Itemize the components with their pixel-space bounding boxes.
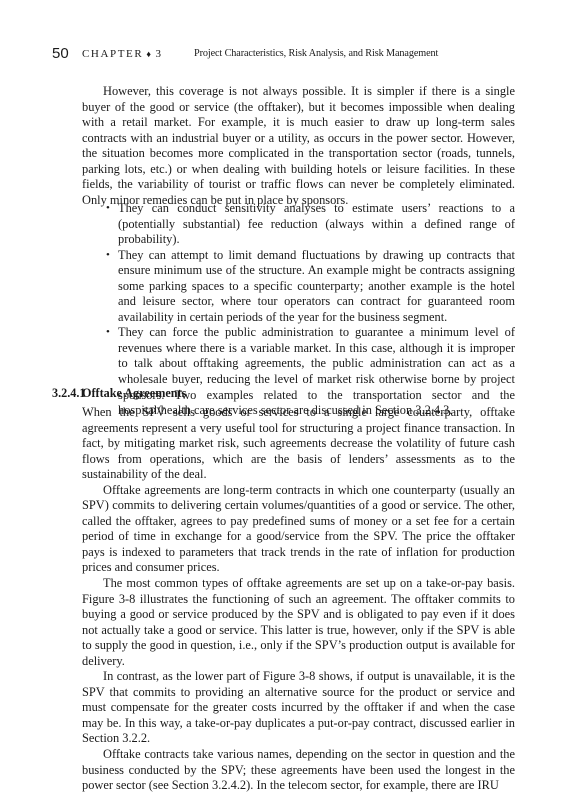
list-item-text: They can conduct sensitivity analyses to… [118,201,515,246]
list-item: •They can conduct sensitivity analyses t… [104,201,515,248]
chapter-word: CHAPTER [82,48,143,60]
paragraph: In contrast, as the lower part of Figure… [82,669,515,747]
bullet-icon: • [106,248,110,264]
intro-paragraph: However, this coverage is not always pos… [82,84,515,208]
paragraph: When the SPV sells goods or services to … [82,405,515,483]
running-head: 50 CHAPTER♦3 Project Characteristics, Ri… [52,47,525,63]
section-number: 3.2.4.1 [52,386,86,401]
diamond-separator-icon: ♦ [146,49,152,59]
page-number: 50 [52,45,69,62]
paragraph: Offtake agreements are long-term contrac… [82,483,515,576]
section-body: When the SPV sells goods or services to … [82,405,515,794]
chapter-title: Project Characteristics, Risk Analysis, … [194,48,438,59]
chapter-label: CHAPTER♦3 [82,48,163,60]
intro-block: However, this coverage is not always pos… [82,84,515,208]
list-item-text: They can force the public administration… [118,325,515,417]
section-title: Offtake Agreements [82,386,186,401]
chapter-number: 3 [156,48,163,60]
list-item-text: They can attempt to limit demand fluctua… [118,248,515,324]
paragraph: The most common types of offtake agreeme… [82,576,515,669]
bullet-icon: • [106,201,110,217]
list-item: •They can attempt to limit demand fluctu… [104,248,515,326]
paragraph: Offtake contracts take various names, de… [82,747,515,794]
bullet-icon: • [106,325,110,341]
